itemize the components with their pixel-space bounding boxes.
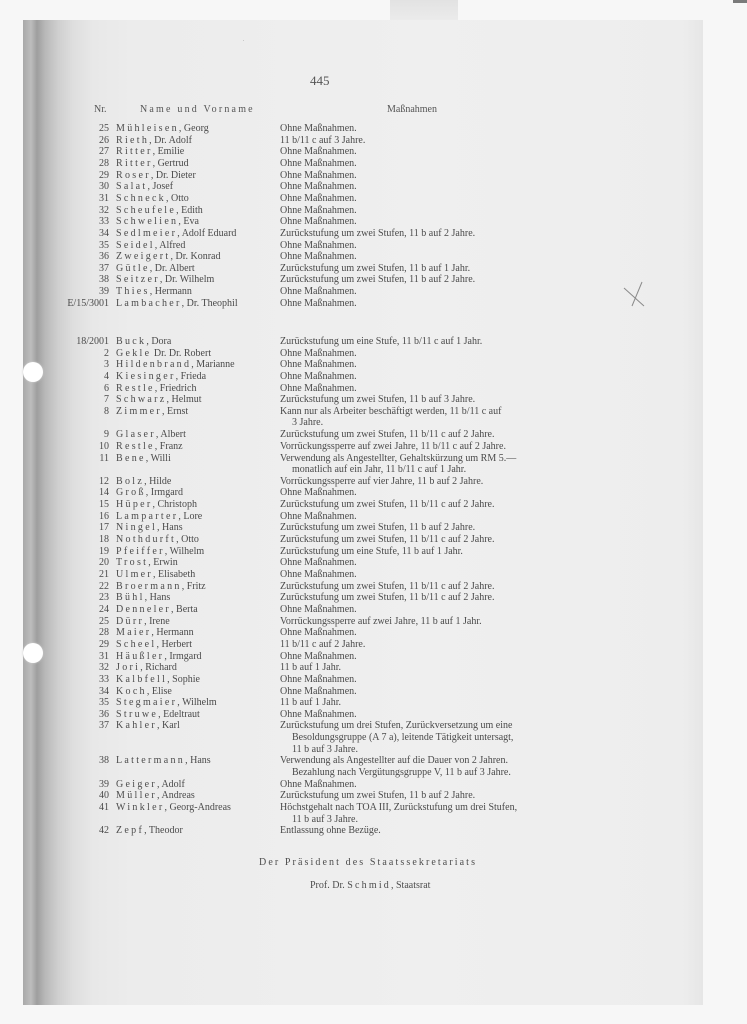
row-number: 39: [49, 779, 109, 791]
person-name: Kiesinger, Frieda: [116, 371, 206, 383]
column-header-measures: Maßnahmen: [387, 104, 437, 115]
measure-text: Verwendung als Angestellter auf die Daue…: [280, 755, 590, 778]
measure-line: Ohne Maßnahmen.: [280, 487, 357, 498]
surname: Hildenbrand: [116, 359, 191, 370]
surname: Kiesinger: [116, 371, 176, 382]
row-number: 18/2001: [49, 336, 109, 348]
row-number: 18: [49, 534, 109, 546]
column-header-nr: Nr.: [94, 104, 107, 115]
measure-text: Entlassung ohne Bezüge.: [280, 825, 590, 837]
given-name: , Fritz: [182, 581, 206, 592]
person-name: Bolz, Hilde: [116, 476, 171, 488]
measure-text: Ohne Maßnahmen.: [280, 557, 590, 569]
surname: Bühl: [116, 592, 145, 603]
given-name: , Herbert: [156, 639, 192, 650]
person-name: Bene, Willi: [116, 453, 171, 465]
measure-text: Zurückstufung um zwei Stufen, 11 b/11 c …: [280, 429, 590, 441]
row-number: 32: [49, 205, 109, 217]
signature-surname: Schmid: [347, 880, 391, 891]
measure-line: Ohne Maßnahmen.: [280, 604, 357, 615]
given-name: , Friedrich: [155, 383, 197, 394]
person-name: Schwarz, Helmut: [116, 394, 202, 406]
measure-line: Ohne Maßnahmen.: [280, 557, 357, 568]
person-name: Lambacher, Dr. Theophil: [116, 298, 238, 310]
signature-title: Der Präsident des Staatssekretariats: [259, 857, 477, 868]
person-name: Lattermann, Hans: [116, 755, 211, 767]
measure-text: Ohne Maßnahmen.: [280, 205, 590, 217]
scanner-shadow: [390, 0, 458, 22]
surname: Lamparter: [116, 511, 178, 522]
measure-continuation: 11 b auf 3 Jahre.: [280, 814, 590, 826]
person-name: Zimmer, Ernst: [116, 406, 188, 418]
measure-line: Zurückstufung um zwei Stufen, 11 b auf 1…: [280, 263, 470, 274]
person-name: Schwelien, Eva: [116, 216, 199, 228]
given-name: , Dr. Theophil: [182, 298, 238, 309]
person-name: Trost, Erwin: [116, 557, 178, 569]
given-name: , Ernst: [162, 406, 188, 417]
person-name: Schneck, Otto: [116, 193, 189, 205]
measure-continuation: Besoldungsgruppe (A 7 a), leitende Tätig…: [280, 732, 590, 744]
measure-text: Ohne Maßnahmen.: [280, 123, 590, 135]
surname: Maier: [116, 627, 151, 638]
row-number: 2: [49, 348, 109, 360]
person-name: Seidel, Alfred: [116, 240, 185, 252]
surname: Groß: [116, 487, 146, 498]
measure-text: Ohne Maßnahmen.: [280, 487, 590, 499]
surname: Lattermann: [116, 755, 185, 766]
person-name: Hildenbrand, Marianne: [116, 359, 235, 371]
row-number: 15: [49, 499, 109, 511]
measure-text: Zurückstufung um zwei Stufen, 11 b/11 c …: [280, 499, 590, 511]
measure-line: Zurückstufung um zwei Stufen, 11 b/11 c …: [280, 534, 494, 545]
person-name: Dürr, Irene: [116, 616, 170, 628]
row-number: 41: [49, 802, 109, 814]
signature-suffix: , Staatsrat: [391, 880, 430, 891]
person-name: Hüper, Christoph: [116, 499, 197, 511]
row-number: 36: [49, 709, 109, 721]
person-name: Nothdurft, Otto: [116, 534, 199, 546]
measure-line: Zurückstufung um zwei Stufen, 11 b/11 c …: [280, 499, 494, 510]
given-name: , Otto: [166, 193, 189, 204]
measure-line: Ohne Maßnahmen.: [280, 511, 357, 522]
row-number: 27: [49, 146, 109, 158]
surname: Zepf: [116, 825, 144, 836]
row-number: 25: [49, 123, 109, 135]
person-name: Häußler, Irmgard: [116, 651, 202, 663]
punch-hole-upper: [23, 362, 43, 382]
measure-line: Zurückstufung um zwei Stufen, 11 b auf 2…: [280, 228, 475, 239]
row-number: 9: [49, 429, 109, 441]
person-name: Pfeiffer, Wilhelm: [116, 546, 204, 558]
surname: Hüper: [116, 499, 153, 510]
measure-continuation: 3 Jahre.: [280, 417, 590, 429]
measure-text: Ohne Maßnahmen.: [280, 674, 590, 686]
given-name: , Frieda: [176, 371, 207, 382]
person-name: Buck, Dora: [116, 336, 171, 348]
surname: Broermann: [116, 581, 182, 592]
measure-text: Ohne Maßnahmen.: [280, 709, 590, 721]
person-name: Roser, Dr. Dieter: [116, 170, 196, 182]
surname: Bene: [116, 453, 146, 464]
measure-text: Ohne Maßnahmen.: [280, 193, 590, 205]
surname: Schwarz: [116, 394, 167, 405]
surname: Ritter: [116, 158, 153, 169]
surname: Kalbfell: [116, 674, 167, 685]
surname: Häußler: [116, 651, 164, 662]
measure-line: Ohne Maßnahmen.: [280, 193, 357, 204]
measure-line: Vorrückungssperre auf zwei Jahre, 11 b/1…: [280, 441, 506, 452]
surname: Nothdurft: [116, 534, 176, 545]
person-name: Gekle Dr. Dr. Robert: [116, 348, 211, 360]
row-number: 31: [49, 651, 109, 663]
person-name: Gütle, Dr. Albert: [116, 263, 195, 275]
surname: Glaser: [116, 429, 156, 440]
person-name: Koch, Elise: [116, 686, 172, 698]
row-number: 31: [49, 193, 109, 205]
measure-continuation: Bezahlung nach Vergütungsgruppe V, 11 b …: [280, 767, 590, 779]
surname: Restle: [116, 383, 155, 394]
measure-line: Ohne Maßnahmen.: [280, 383, 357, 394]
person-name: Thies, Hermann: [116, 286, 192, 298]
row-number: 35: [49, 697, 109, 709]
row-number: 26: [49, 135, 109, 147]
person-name: Winkler, Georg-Andreas: [116, 802, 231, 814]
surname: Seidel: [116, 240, 155, 251]
measure-text: Zurückstufung um zwei Stufen, 11 b auf 2…: [280, 228, 590, 240]
row-number: 33: [49, 216, 109, 228]
person-name: Ulmer, Elisabeth: [116, 569, 195, 581]
surname: Geiger: [116, 779, 157, 790]
measure-line: Ohne Maßnahmen.: [280, 686, 357, 697]
row-number: 24: [49, 604, 109, 616]
measure-text: Ohne Maßnahmen.: [280, 627, 590, 639]
surname: Ningel: [116, 522, 157, 533]
measure-line: 11 b/11 c auf 2 Jahre.: [280, 639, 365, 650]
given-name: , Albert: [156, 429, 186, 440]
given-name: , Hermann: [150, 286, 192, 297]
measure-text: Zurückstufung um zwei Stufen, 11 b/11 c …: [280, 581, 590, 593]
measure-line: Verwendung als Angestellter auf die Daue…: [280, 755, 508, 766]
row-number: 22: [49, 581, 109, 593]
measure-line: 11 b auf 1 Jahr.: [280, 662, 341, 673]
measure-line: Ohne Maßnahmen.: [280, 205, 357, 216]
measure-text: Ohne Maßnahmen.: [280, 181, 590, 193]
given-name: , Erwin: [148, 557, 177, 568]
surname: Scheufele: [116, 205, 176, 216]
signature-prefix: Prof. Dr.: [310, 880, 345, 891]
given-name: , Helmut: [167, 394, 202, 405]
row-number: 8: [49, 406, 109, 418]
surname: Zimmer: [116, 406, 162, 417]
measure-text: Zurückstufung um zwei Stufen, 11 b/11 c …: [280, 592, 590, 604]
measure-line: Vorrückungssperre auf vier Jahre, 11 b a…: [280, 476, 483, 487]
row-number: 7: [49, 394, 109, 406]
handwritten-x-mark-icon: [622, 280, 646, 310]
measure-continuation: monatlich auf ein Jahr, 11 b/11 c auf 1 …: [280, 464, 590, 476]
given-name: , Edeltraut: [158, 709, 200, 720]
given-name: , Sophie: [167, 674, 200, 685]
person-name: Kahler, Karl: [116, 720, 180, 732]
person-name: Broermann, Fritz: [116, 581, 206, 593]
paper-speck: [243, 40, 244, 41]
surname: Müller: [116, 790, 157, 801]
surname: Bolz: [116, 476, 144, 487]
measure-text: Zurückstufung um zwei Stufen, 11 b auf 2…: [280, 274, 590, 286]
given-name: , Eva: [178, 216, 199, 227]
measure-text: Ohne Maßnahmen.: [280, 651, 590, 663]
person-name: Seitzer, Dr. Wilhelm: [116, 274, 214, 286]
column-header-name: Name und Vorname: [140, 104, 255, 115]
surname: Sedlmeier: [116, 228, 177, 239]
given-name: , Dr. Dieter: [151, 170, 196, 181]
surname: Scheel: [116, 639, 156, 650]
surname: Dürr: [116, 616, 144, 627]
person-name: Mühleisen, Georg: [116, 123, 209, 135]
measure-text: Zurückstufung um eine Stufe, 11 b auf 1 …: [280, 546, 590, 558]
measure-line: 11 b/11 c auf 3 Jahre.: [280, 135, 365, 146]
measure-text: Zurückstufung um zwei Stufen, 11 b/11 c …: [280, 534, 590, 546]
surname: Denneler: [116, 604, 171, 615]
person-name: Struwe, Edeltraut: [116, 709, 200, 721]
given-name: , Irmgard: [164, 651, 201, 662]
person-name: Glaser, Albert: [116, 429, 186, 441]
signature-name: Prof. Dr. Schmid, Staatsrat: [310, 880, 430, 891]
measure-line: Zurückstufung um zwei Stufen, 11 b/11 c …: [280, 581, 494, 592]
measure-line: Entlassung ohne Bezüge.: [280, 825, 381, 836]
scanner-edge: [733, 0, 747, 3]
measure-text: Ohne Maßnahmen.: [280, 348, 590, 360]
row-number: 37: [49, 720, 109, 732]
given-name: , Dr. Albert: [150, 263, 195, 274]
surname: Thies: [116, 286, 150, 297]
given-name: , Dr. Konrad: [171, 251, 221, 262]
measure-line: Ohne Maßnahmen.: [280, 251, 357, 262]
given-name: , Adolf: [157, 779, 185, 790]
measure-line: Ohne Maßnahmen.: [280, 779, 357, 790]
measure-line: Zurückstufung um zwei Stufen, 11 b/11 c …: [280, 592, 494, 603]
measure-text: Ohne Maßnahmen.: [280, 170, 590, 182]
person-name: Rieth, Dr. Adolf: [116, 135, 192, 147]
given-name: , Franz: [155, 441, 183, 452]
surname: Gütle: [116, 263, 150, 274]
person-name: Scheel, Herbert: [116, 639, 192, 651]
surname: Buck: [116, 336, 146, 347]
person-name: Ritter, Emilie: [116, 146, 184, 158]
measure-line: Ohne Maßnahmen.: [280, 181, 357, 192]
given-name: , Wilhelm: [165, 546, 204, 557]
row-number: 33: [49, 674, 109, 686]
measure-line: Vorrückungssperre auf zwei Jahre, 11 b a…: [280, 616, 482, 627]
measure-text: Ohne Maßnahmen.: [280, 251, 590, 263]
given-name: , Georg: [179, 123, 209, 134]
measure-line: Zurückstufung um drei Stufen, Zurückvers…: [280, 720, 512, 731]
measure-line: Ohne Maßnahmen.: [280, 348, 357, 359]
measure-text: Ohne Maßnahmen.: [280, 779, 590, 791]
measure-text: Ohne Maßnahmen.: [280, 359, 590, 371]
row-number: 38: [49, 755, 109, 767]
measure-text: Kann nur als Arbeiter beschäftigt werden…: [280, 406, 590, 429]
surname: Jori: [116, 662, 140, 673]
measure-text: Zurückstufung um drei Stufen, Zurückvers…: [280, 720, 590, 755]
measure-line: Zurückstufung um zwei Stufen, 11 b/11 c …: [280, 429, 494, 440]
given-name: , Christoph: [153, 499, 197, 510]
given-name: , Hans: [145, 592, 171, 603]
person-name: Scheufele, Edith: [116, 205, 203, 217]
given-name: , Elise: [147, 686, 172, 697]
measure-text: Ohne Maßnahmen.: [280, 158, 590, 170]
given-name: , Edith: [176, 205, 203, 216]
surname: Winkler: [116, 802, 164, 813]
surname: Zweigert: [116, 251, 171, 262]
surname: Pfeiffer: [116, 546, 165, 557]
person-name: Maier, Hermann: [116, 627, 194, 639]
measure-line: Ohne Maßnahmen.: [280, 298, 357, 309]
row-number: 25: [49, 616, 109, 628]
measure-text: Ohne Maßnahmen.: [280, 569, 590, 581]
person-name: Zweigert, Dr. Konrad: [116, 251, 221, 263]
measure-line: Zurückstufung um zwei Stufen, 11 b auf 2…: [280, 274, 475, 285]
given-name: , Lore: [178, 511, 202, 522]
given-name: Dr. Dr. Robert: [151, 348, 211, 359]
measure-line: Zurückstufung um zwei Stufen, 11 b auf 2…: [280, 522, 475, 533]
surname: Mühleisen: [116, 123, 179, 134]
surname: Ulmer: [116, 569, 153, 580]
measure-line: Ohne Maßnahmen.: [280, 146, 357, 157]
measure-text: Verwendung als Angestellter, Gehaltskürz…: [280, 453, 590, 476]
given-name: , Josef: [148, 181, 174, 192]
measure-text: Ohne Maßnahmen.: [280, 604, 590, 616]
surname: Lambacher: [116, 298, 182, 309]
measure-text: Ohne Maßnahmen.: [280, 298, 590, 310]
row-number: 12: [49, 476, 109, 488]
measure-text: Ohne Maßnahmen.: [280, 383, 590, 395]
row-number: 19: [49, 546, 109, 558]
person-name: Salat, Josef: [116, 181, 173, 193]
given-name: , Wilhelm: [177, 697, 216, 708]
person-name: Jori, Richard: [116, 662, 177, 674]
person-name: Restle, Franz: [116, 441, 183, 453]
person-name: Kalbfell, Sophie: [116, 674, 200, 686]
given-name: , Marianne: [191, 359, 234, 370]
row-number: 39: [49, 286, 109, 298]
measure-line: Ohne Maßnahmen.: [280, 569, 357, 580]
measure-text: Ohne Maßnahmen.: [280, 146, 590, 158]
given-name: , Theodor: [144, 825, 183, 836]
given-name: , Emilie: [153, 146, 185, 157]
measure-line: Zurückstufung um eine Stufe, 11 b auf 1 …: [280, 546, 463, 557]
row-number: 37: [49, 263, 109, 275]
measure-line: Verwendung als Angestellter, Gehaltskürz…: [280, 453, 516, 464]
measure-line: Ohne Maßnahmen.: [280, 158, 357, 169]
person-name: Geiger, Adolf: [116, 779, 185, 791]
row-number: 38: [49, 274, 109, 286]
measure-continuation: 11 b auf 3 Jahre.: [280, 744, 590, 756]
surname: Rieth: [116, 135, 149, 146]
measure-line: Höchstgehalt nach TOA III, Zurückstufung…: [280, 802, 517, 813]
given-name: , Otto: [176, 534, 199, 545]
row-number: 23: [49, 592, 109, 604]
row-number: 3: [49, 359, 109, 371]
given-name: , Hilde: [144, 476, 171, 487]
given-name: , Hans: [185, 755, 211, 766]
measure-text: Zurückstufung um zwei Stufen, 11 b auf 2…: [280, 522, 590, 534]
measure-text: Höchstgehalt nach TOA III, Zurückstufung…: [280, 802, 590, 825]
row-number: 10: [49, 441, 109, 453]
person-name: Zepf, Theodor: [116, 825, 183, 837]
row-number: 34: [49, 228, 109, 240]
row-number: 14: [49, 487, 109, 499]
row-number: 30: [49, 181, 109, 193]
measure-line: Kann nur als Arbeiter beschäftigt werden…: [280, 406, 501, 417]
person-name: Restle, Friedrich: [116, 383, 196, 395]
given-name: , Adolf Eduard: [177, 228, 236, 239]
measure-text: Vorrückungssperre auf zwei Jahre, 11 b/1…: [280, 441, 590, 453]
measure-text: Ohne Maßnahmen.: [280, 216, 590, 228]
measure-line: Ohne Maßnahmen.: [280, 240, 357, 251]
surname: Schwelien: [116, 216, 178, 227]
row-number: 20: [49, 557, 109, 569]
row-number: 40: [49, 790, 109, 802]
measure-line: Ohne Maßnahmen.: [280, 216, 357, 227]
row-number: 16: [49, 511, 109, 523]
given-name: , Richard: [140, 662, 177, 673]
measure-text: Vorrückungssperre auf zwei Jahre, 11 b a…: [280, 616, 590, 628]
person-name: Sedlmeier, Adolf Eduard: [116, 228, 236, 240]
row-number: 21: [49, 569, 109, 581]
given-name: , Hermann: [151, 627, 193, 638]
measure-line: Ohne Maßnahmen.: [280, 286, 357, 297]
surname: Trost: [116, 557, 148, 568]
measure-text: Ohne Maßnahmen.: [280, 686, 590, 698]
row-number: 28: [49, 627, 109, 639]
row-number: 17: [49, 522, 109, 534]
measure-line: Ohne Maßnahmen.: [280, 170, 357, 181]
given-name: , Georg-Andreas: [164, 802, 230, 813]
row-number: 29: [49, 170, 109, 182]
measure-line: Ohne Maßnahmen.: [280, 651, 357, 662]
given-name: , Berta: [171, 604, 198, 615]
measure-text: Zurückstufung um zwei Stufen, 11 b auf 1…: [280, 263, 590, 275]
measure-text: Ohne Maßnahmen.: [280, 240, 590, 252]
surname: Schneck: [116, 193, 166, 204]
measure-line: Ohne Maßnahmen.: [280, 371, 357, 382]
measure-line: Ohne Maßnahmen.: [280, 359, 357, 370]
measure-text: Ohne Maßnahmen.: [280, 286, 590, 298]
measure-text: Zurückstufung um zwei Stufen, 11 b auf 2…: [280, 790, 590, 802]
row-number: 6: [49, 383, 109, 395]
measure-text: 11 b auf 1 Jahr.: [280, 662, 590, 674]
given-name: , Hans: [157, 522, 183, 533]
given-name: , Dora: [146, 336, 171, 347]
row-number: E/15/3001: [49, 298, 109, 310]
person-name: Stegmaier, Wilhelm: [116, 697, 217, 709]
page-number: 445: [310, 73, 330, 89]
surname: Roser: [116, 170, 151, 181]
person-name: Ningel, Hans: [116, 522, 183, 534]
measure-text: Zurückstufung um zwei Stufen, 11 b auf 3…: [280, 394, 590, 406]
person-name: Groß, Irmgard: [116, 487, 183, 499]
person-name: Ritter, Gertrud: [116, 158, 189, 170]
measure-line: Ohne Maßnahmen.: [280, 674, 357, 685]
given-name: , Gertrud: [153, 158, 189, 169]
person-name: Denneler, Berta: [116, 604, 198, 616]
measure-text: Ohne Maßnahmen.: [280, 511, 590, 523]
surname: Struwe: [116, 709, 158, 720]
row-number: 32: [49, 662, 109, 674]
row-number: 28: [49, 158, 109, 170]
given-name: , Alfred: [155, 240, 186, 251]
person-name: Lamparter, Lore: [116, 511, 202, 523]
